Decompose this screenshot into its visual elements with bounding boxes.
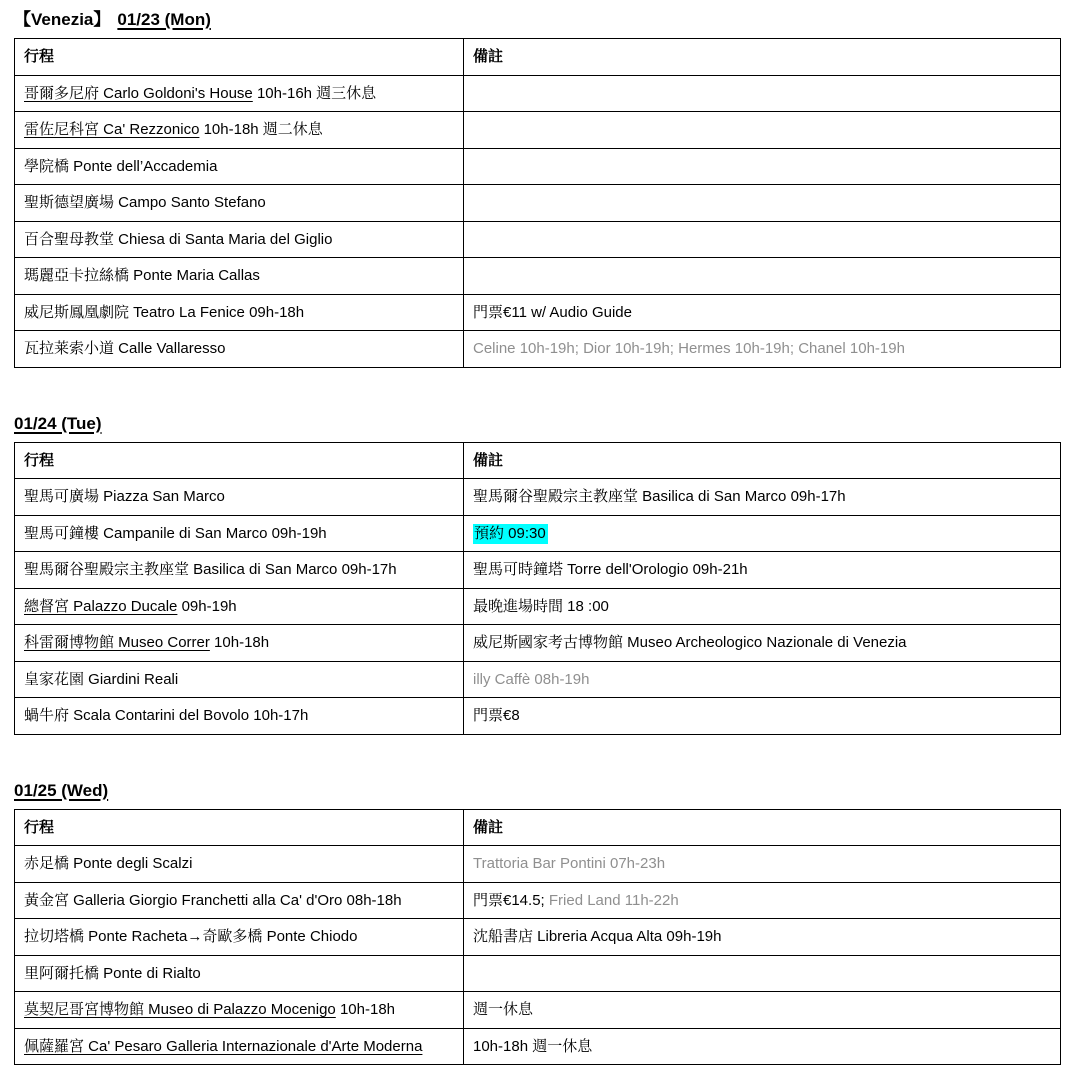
text-run: 威尼斯國家考古博物館 Museo Archeologico Nazionale … xyxy=(473,634,907,651)
text-run: 沈船書店 Libreria Acqua Alta 09h-19h xyxy=(473,928,721,945)
notes-cell: 威尼斯國家考古博物館 Museo Archeologico Nazionale … xyxy=(464,625,1061,662)
linked-text-run: 佩薩羅宮 Ca' Pesaro Galleria Internazionale … xyxy=(24,1038,422,1055)
text-run: 聖斯德望廣場 Campo Santo Stefano xyxy=(24,194,266,211)
itinerary-cell: 瑪麗亞卡拉絲橋 Ponte Maria Callas xyxy=(15,258,464,295)
section: 01/24 (Tue)行程備註聖馬可廣場 Piazza San Marco聖馬爾… xyxy=(14,414,1060,735)
text-run: 10h-18h xyxy=(210,634,269,651)
text-run: 黃金宮 Galleria Giorgio Franchetti alla Ca'… xyxy=(24,892,402,909)
text-run: 瓦拉莱索小道 Calle Vallaresso xyxy=(24,340,225,357)
notes-cell: 最晚進場時間 18 :00 xyxy=(464,588,1061,625)
table-row: 蝸牛府 Scala Contarini del Bovolo 10h-17h門票… xyxy=(15,698,1061,735)
notes-cell: 聖馬可時鐘塔 Torre dell'Orologio 09h-21h xyxy=(464,552,1061,589)
section-title-prefix: 【Venezia】 xyxy=(14,10,110,29)
itinerary-cell: 聖馬爾谷聖殿宗主教座堂 Basilica di San Marco 09h-17… xyxy=(15,552,464,589)
notes-cell: 門票€11 w/ Audio Guide xyxy=(464,294,1061,331)
linked-text-run: 雷佐尼科宮 Ca' Rezzonico xyxy=(24,121,199,138)
table-row: 瓦拉莱索小道 Calle VallaressoCeline 10h-19h; D… xyxy=(15,331,1061,368)
itinerary-table: 行程備註赤足橋 Ponte degli ScalziTrattoria Bar … xyxy=(14,809,1061,1066)
table-row: 雷佐尼科宮 Ca' Rezzonico 10h-18h 週二休息 xyxy=(15,112,1061,149)
table-row: 百合聖母教堂 Chiesa di Santa Maria del Giglio xyxy=(15,221,1061,258)
text-run: 聖馬可時鐘塔 Torre dell'Orologio 09h-21h xyxy=(473,561,748,578)
highlighted-text-run: 預約 09:30 xyxy=(473,524,548,544)
notes-cell: illy Caffè 08h-19h xyxy=(464,661,1061,698)
notes-cell: 沈船書店 Libreria Acqua Alta 09h-19h xyxy=(464,919,1061,956)
table-row: 皇家花園 Giardini Realiilly Caffè 08h-19h xyxy=(15,661,1061,698)
section-heading: 01/25 (Wed) xyxy=(14,781,1060,800)
text-run: 百合聖母教堂 Chiesa di Santa Maria del Giglio xyxy=(24,231,332,248)
itinerary-cell: 皇家花園 Giardini Reali xyxy=(15,661,464,698)
notes-cell: 預約 09:30 xyxy=(464,515,1061,552)
itinerary-cell: 黃金宮 Galleria Giorgio Franchetti alla Ca'… xyxy=(15,882,464,919)
table-header-row: 行程備註 xyxy=(15,809,1061,846)
gray-text-run: Trattoria Bar Pontini 07h-23h xyxy=(473,855,665,872)
column-header-itinerary: 行程 xyxy=(15,809,464,846)
itinerary-cell: 哥爾多尼府 Carlo Goldoni's House 10h-16h 週三休息 xyxy=(15,75,464,112)
gray-text-run: Fried Land 11h-22h xyxy=(549,892,679,909)
table-row: 赤足橋 Ponte degli ScalziTrattoria Bar Pont… xyxy=(15,846,1061,883)
text-run: 門票€8 xyxy=(473,707,520,724)
linked-text-run: 哥爾多尼府 Carlo Goldoni's House xyxy=(24,85,253,102)
itinerary-cell: 聖馬可鐘樓 Campanile di San Marco 09h-19h xyxy=(15,515,464,552)
section-heading: 01/24 (Tue) xyxy=(14,414,1060,433)
linked-text-run: 科雷爾博物館 Museo Correr xyxy=(24,634,210,651)
text-run: 09h-19h xyxy=(177,598,236,615)
section: 【Venezia】01/23 (Mon)行程備註哥爾多尼府 Carlo Gold… xyxy=(14,10,1060,368)
table-row: 拉切塔橋 Ponte Racheta→奇歐多橋 Ponte Chiodo沈船書店… xyxy=(15,919,1061,956)
section-date: 01/25 (Wed) xyxy=(14,781,108,800)
text-run: 蝸牛府 Scala Contarini del Bovolo 10h-17h xyxy=(24,707,308,724)
section-date: 01/23 (Mon) xyxy=(117,10,211,29)
itinerary-table: 行程備註聖馬可廣場 Piazza San Marco聖馬爾谷聖殿宗主教座堂 Ba… xyxy=(14,442,1061,735)
itinerary-cell: 科雷爾博物館 Museo Correr 10h-18h xyxy=(15,625,464,662)
table-row: 總督宮 Palazzo Ducale 09h-19h最晚進場時間 18 :00 xyxy=(15,588,1061,625)
table-row: 瑪麗亞卡拉絲橋 Ponte Maria Callas xyxy=(15,258,1061,295)
column-header-notes: 備註 xyxy=(464,809,1061,846)
text-run: 學院橋 Ponte dell’Accademia xyxy=(24,158,217,175)
text-run: 10h-18h xyxy=(336,1001,395,1018)
text-run: 週一休息 xyxy=(473,1001,533,1018)
notes-cell: Celine 10h-19h; Dior 10h-19h; Hermes 10h… xyxy=(464,331,1061,368)
text-run: 門票€14.5; xyxy=(473,892,549,909)
itinerary-cell: 拉切塔橋 Ponte Racheta→奇歐多橋 Ponte Chiodo xyxy=(15,919,464,956)
notes-cell xyxy=(464,75,1061,112)
table-row: 威尼斯鳳凰劇院 Teatro La Fenice 09h-18h門票€11 w/… xyxy=(15,294,1061,331)
itinerary-cell: 學院橋 Ponte dell’Accademia xyxy=(15,148,464,185)
text-run: 聖馬爾谷聖殿宗主教座堂 Basilica di San Marco 09h-17… xyxy=(24,561,397,578)
itinerary-table: 行程備註哥爾多尼府 Carlo Goldoni's House 10h-16h … xyxy=(14,38,1061,368)
table-row: 里阿爾托橋 Ponte di Rialto xyxy=(15,955,1061,992)
linked-text-run: 總督宮 Palazzo Ducale xyxy=(24,598,177,615)
table-header-row: 行程備註 xyxy=(15,442,1061,479)
notes-cell: 週一休息 xyxy=(464,992,1061,1029)
text-run: 最晚進場時間 18 :00 xyxy=(473,598,609,615)
text-run: 門票€11 w/ Audio Guide xyxy=(473,304,632,321)
text-run: 10h-18h 週二休息 xyxy=(199,121,322,138)
table-row: 聖馬可鐘樓 Campanile di San Marco 09h-19h預約 0… xyxy=(15,515,1061,552)
itinerary-cell: 莫契尼哥宮博物館 Museo di Palazzo Mocenigo 10h-1… xyxy=(15,992,464,1029)
itinerary-cell: 聖馬可廣場 Piazza San Marco xyxy=(15,479,464,516)
text-run: 威尼斯鳳凰劇院 Teatro La Fenice 09h-18h xyxy=(24,304,304,321)
text-run: 聖馬可廣場 Piazza San Marco xyxy=(24,488,225,505)
section-date: 01/24 (Tue) xyxy=(14,414,102,433)
table-row: 科雷爾博物館 Museo Correr 10h-18h威尼斯國家考古博物館 Mu… xyxy=(15,625,1061,662)
text-run: 聖馬爾谷聖殿宗主教座堂 Basilica di San Marco 09h-17… xyxy=(473,488,846,505)
itinerary-cell: 瓦拉莱索小道 Calle Vallaresso xyxy=(15,331,464,368)
text-run: 10h-16h 週三休息 xyxy=(253,85,376,102)
itinerary-cell: 威尼斯鳳凰劇院 Teatro La Fenice 09h-18h xyxy=(15,294,464,331)
column-header-notes: 備註 xyxy=(464,39,1061,76)
gray-text-run: illy Caffè 08h-19h xyxy=(473,671,589,688)
text-run: 里阿爾托橋 Ponte di Rialto xyxy=(24,965,201,982)
linked-text-run: 莫契尼哥宮博物館 Museo di Palazzo Mocenigo xyxy=(24,1001,336,1018)
table-row: 哥爾多尼府 Carlo Goldoni's House 10h-16h 週三休息 xyxy=(15,75,1061,112)
notes-cell xyxy=(464,185,1061,222)
text-run: 10h-18h 週一休息 xyxy=(473,1038,592,1055)
column-header-itinerary: 行程 xyxy=(15,442,464,479)
itinerary-cell: 總督宮 Palazzo Ducale 09h-19h xyxy=(15,588,464,625)
table-row: 聖馬可廣場 Piazza San Marco聖馬爾谷聖殿宗主教座堂 Basili… xyxy=(15,479,1061,516)
itinerary-cell: 蝸牛府 Scala Contarini del Bovolo 10h-17h xyxy=(15,698,464,735)
itinerary-cell: 里阿爾托橋 Ponte di Rialto xyxy=(15,955,464,992)
column-header-itinerary: 行程 xyxy=(15,39,464,76)
table-row: 莫契尼哥宮博物館 Museo di Palazzo Mocenigo 10h-1… xyxy=(15,992,1061,1029)
document: 【Venezia】01/23 (Mon)行程備註哥爾多尼府 Carlo Gold… xyxy=(14,10,1060,1065)
text-run: 赤足橋 Ponte degli Scalzi xyxy=(24,855,192,872)
notes-cell: 門票€8 xyxy=(464,698,1061,735)
itinerary-cell: 赤足橋 Ponte degli Scalzi xyxy=(15,846,464,883)
table-row: 佩薩羅宮 Ca' Pesaro Galleria Internazionale … xyxy=(15,1028,1061,1065)
text-run: 皇家花園 Giardini Reali xyxy=(24,671,178,688)
table-header-row: 行程備註 xyxy=(15,39,1061,76)
notes-cell: Trattoria Bar Pontini 07h-23h xyxy=(464,846,1061,883)
notes-cell xyxy=(464,955,1061,992)
notes-cell: 門票€14.5; Fried Land 11h-22h xyxy=(464,882,1061,919)
table-row: 聖馬爾谷聖殿宗主教座堂 Basilica di San Marco 09h-17… xyxy=(15,552,1061,589)
itinerary-cell: 雷佐尼科宮 Ca' Rezzonico 10h-18h 週二休息 xyxy=(15,112,464,149)
itinerary-cell: 聖斯德望廣場 Campo Santo Stefano xyxy=(15,185,464,222)
notes-cell: 聖馬爾谷聖殿宗主教座堂 Basilica di San Marco 09h-17… xyxy=(464,479,1061,516)
table-row: 學院橋 Ponte dell’Accademia xyxy=(15,148,1061,185)
notes-cell xyxy=(464,258,1061,295)
text-run: 瑪麗亞卡拉絲橋 Ponte Maria Callas xyxy=(24,267,260,284)
section-heading: 【Venezia】01/23 (Mon) xyxy=(14,10,1060,29)
notes-cell xyxy=(464,221,1061,258)
notes-cell xyxy=(464,148,1061,185)
text-run: 聖馬可鐘樓 Campanile di San Marco 09h-19h xyxy=(24,525,327,542)
column-header-notes: 備註 xyxy=(464,442,1061,479)
notes-cell: 10h-18h 週一休息 xyxy=(464,1028,1061,1065)
notes-cell xyxy=(464,112,1061,149)
section: 01/25 (Wed)行程備註赤足橋 Ponte degli ScalziTra… xyxy=(14,781,1060,1066)
table-row: 黃金宮 Galleria Giorgio Franchetti alla Ca'… xyxy=(15,882,1061,919)
gray-text-run: Celine 10h-19h; Dior 10h-19h; Hermes 10h… xyxy=(473,340,905,357)
table-row: 聖斯德望廣場 Campo Santo Stefano xyxy=(15,185,1061,222)
itinerary-cell: 百合聖母教堂 Chiesa di Santa Maria del Giglio xyxy=(15,221,464,258)
text-run: 拉切塔橋 Ponte Racheta→奇歐多橋 Ponte Chiodo xyxy=(24,928,357,945)
itinerary-cell: 佩薩羅宮 Ca' Pesaro Galleria Internazionale … xyxy=(15,1028,464,1065)
